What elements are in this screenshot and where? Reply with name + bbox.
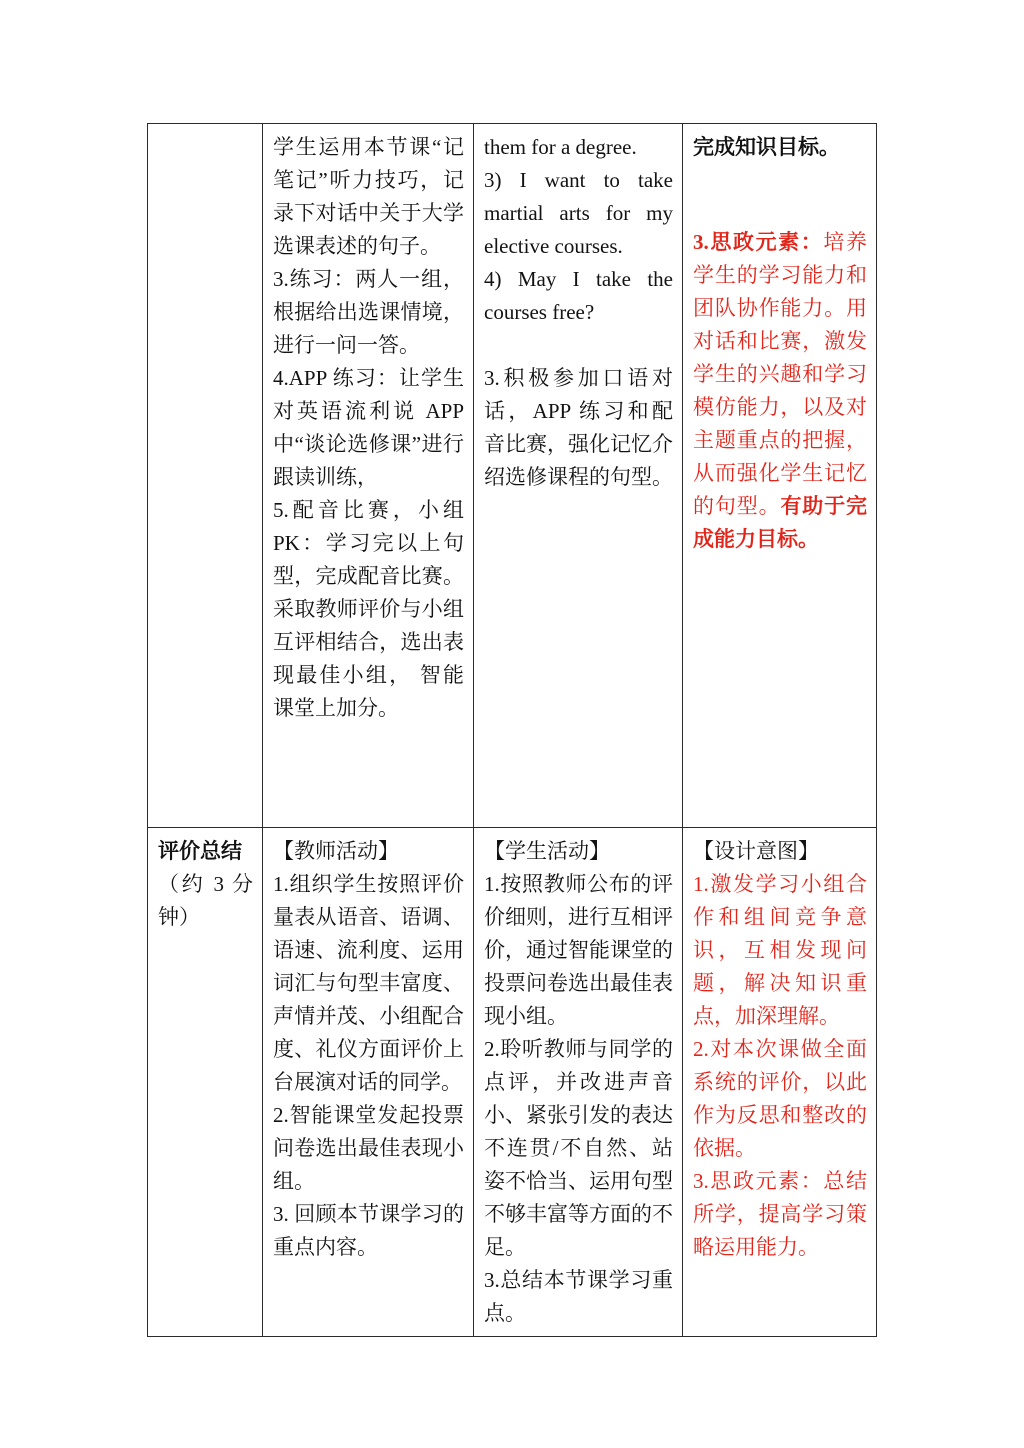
design-intent-paragraph: 1.激发学习小组合作和组间竞争意识，互相发现问题，解决知识重点，加深理解。 — [693, 868, 867, 1033]
list-number: 3. — [484, 366, 500, 390]
cell-design-intent-2: 【设计意图】 1.激发学习小组合作和组间竞争意识，互相发现问题，解决知识重点，加… — [683, 828, 877, 1337]
blank-line — [484, 329, 673, 362]
student-activity-paragraph: 2.聆听教师与同学的点评，并改进声音小、紧张引发的表达不连贯/不自然、站姿不恰当… — [484, 1033, 673, 1264]
blank-line — [693, 164, 867, 226]
section-header-design-intent: 【设计意图】 — [693, 835, 867, 868]
teacher-activity-paragraph: 学生运用本节课“记笔记”听力技巧，记录下对话中关于大学选课表述的句子。 — [273, 131, 464, 263]
lesson-plan-table: 学生运用本节课“记笔记”听力技巧，记录下对话中关于大学选课表述的句子。 3.练习… — [147, 123, 877, 1337]
table-row: 评价总结 （约 3 分钟） 【教师活动】 1.组织学生按照评价量表从语音、语调、… — [148, 828, 877, 1337]
design-intent-paragraph: 3.思政元素：总结所学，提高学习策略运用能力。 — [693, 1165, 867, 1264]
student-activity-paragraph: them for a degree. — [484, 131, 673, 164]
student-activity-paragraph: 1.按照教师公布的评价细则，进行互相评价，通过智能课堂的投票问卷选出最佳表现小组… — [484, 868, 673, 1033]
table-row: 学生运用本节课“记笔记”听力技巧，记录下对话中关于大学选课表述的句子。 3.练习… — [148, 124, 877, 828]
teacher-activity-paragraph: 3. 回顾本节课学习的重点内容。 — [273, 1198, 464, 1264]
cell-teacher-activity-1: 学生运用本节课“记笔记”听力技巧，记录下对话中关于大学选课表述的句子。 3.练习… — [263, 124, 474, 828]
design-intent-paragraph: 2.对本次课做全面系统的评价，以此作为反思和整改的依据。 — [693, 1033, 867, 1165]
student-activity-paragraph: 3.积极参加口语对话，APP 练习和配音比赛，强化记忆介绍选修课程的句型。 — [484, 362, 673, 494]
paragraph-text: 积极参加口语对话，APP 练习和配音比赛，强化记忆介绍选修课程的句型。 — [484, 366, 673, 489]
student-activity-paragraph: 3.总结本节课学习重点。 — [484, 1264, 673, 1330]
cell-stage-label-evaluation: 评价总结 （约 3 分钟） — [148, 828, 263, 1337]
teacher-activity-paragraph: 5.配音比赛，小组 PK：学习完以上句型，完成配音比赛。采取教师评价与小组互评相… — [273, 494, 464, 725]
student-activity-paragraph: 3) I want to take martial arts for my el… — [484, 164, 673, 263]
knowledge-goal-statement: 完成知识目标。 — [693, 131, 867, 164]
section-header-teacher-activity: 【教师活动】 — [273, 835, 464, 868]
cell-design-intent-1: 完成知识目标。 3.思政元素：培养学生的学习能力和团队协作能力。用对话和比赛，激… — [683, 124, 877, 828]
section-header-student-activity: 【学生活动】 — [484, 835, 673, 868]
student-activity-paragraph: 4) May I take the courses free? — [484, 263, 673, 329]
cell-teacher-activity-2: 【教师活动】 1.组织学生按照评价量表从语音、语调、语速、流利度、运用词汇与句型… — [263, 828, 474, 1337]
stage-duration: （约 3 分钟） — [158, 868, 253, 934]
cell-student-activity-1: them for a degree. 3) I want to take mar… — [474, 124, 683, 828]
teacher-activity-paragraph: 3.练习：两人一组，根据给出选课情境，进行一问一答。 — [273, 263, 464, 362]
cell-stage-label-empty — [148, 124, 263, 828]
paragraph-text: 培养学生的学习能力和团队协作能力。用对话和比赛，激发学生的兴趣和学习模仿能力，以… — [693, 230, 867, 518]
ideology-element-label: 3.思政元素： — [693, 230, 823, 254]
teacher-activity-paragraph: 1.组织学生按照评价量表从语音、语调、语速、流利度、运用词汇与句型丰富度、声情并… — [273, 868, 464, 1099]
cell-student-activity-2: 【学生活动】 1.按照教师公布的评价细则，进行互相评价，通过智能课堂的投票问卷选… — [474, 828, 683, 1337]
teacher-activity-paragraph: 4.APP 练习：让学生对英语流利说 APP 中“谈论选修课”进行跟读训练， — [273, 362, 464, 494]
stage-title: 评价总结 — [158, 835, 253, 868]
teacher-activity-paragraph: 2.智能课堂发起投票问卷选出最佳表现小组。 — [273, 1099, 464, 1198]
ideology-element-paragraph: 3.思政元素：培养学生的学习能力和团队协作能力。用对话和比赛，激发学生的兴趣和学… — [693, 226, 867, 556]
